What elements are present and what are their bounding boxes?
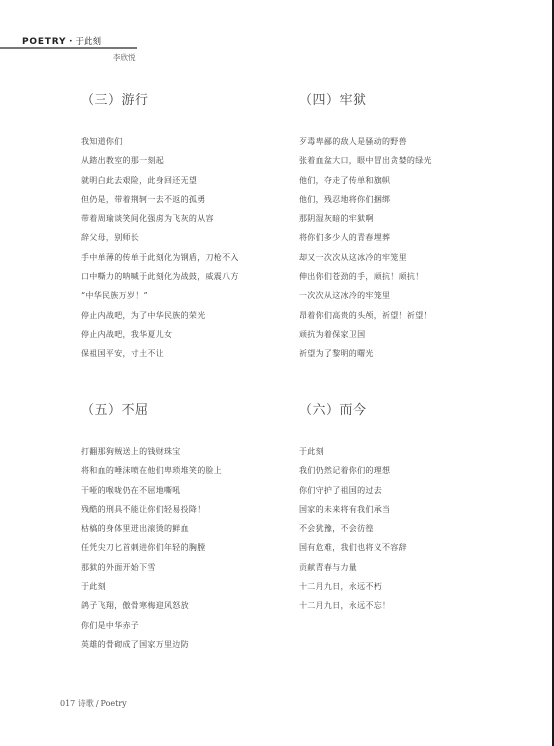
- poem-line: 国家的未来将有我们承当: [299, 500, 499, 519]
- poem-line: 不会犹豫，不会彷徨: [299, 519, 499, 538]
- poem-line: 我知道你们: [81, 132, 281, 151]
- poem-line: 却又一次次从这冰冷的牢笼里: [299, 248, 499, 267]
- poem-line: 一次次从这冰冷的牢笼里: [299, 286, 499, 305]
- poem-line: “中华民族万岁！”: [81, 286, 281, 305]
- poem-line: 手中单薄的传单于此刻化为钢盾，刀枪不入: [81, 248, 281, 267]
- section-heading: （三）游行: [81, 93, 281, 109]
- section-heading: （六）而今: [299, 403, 499, 419]
- poem-line: 他们，夺走了传单和旗帜: [299, 171, 499, 190]
- section-heading: （四）牢狱: [299, 93, 499, 109]
- poem-line: 十二月九日，永远不朽: [299, 577, 499, 596]
- poem-line: 将你们多少人的青春埋葬: [299, 228, 499, 247]
- poem-line: 口中嘶力的呐喊于此刻化为战鼓，威震八方: [81, 267, 281, 286]
- poem-line: 枯槁的身体里迸出滚烫的鲜血: [81, 519, 281, 538]
- poem-line: 辞父母，别师长: [81, 228, 281, 247]
- poem-line: 十二月九日，永远不忘！: [299, 596, 499, 615]
- poem-line: 他们，残忍地将你们捆绑: [299, 190, 499, 209]
- poem-section-5: （五）不屈 打翻那狗贼送上的钱财珠宝 将和血的唾沫喷在他们卑琐堆笑的脸上 干哑的…: [81, 403, 281, 654]
- poem-line: 干哑的喉咙仍在不屈地嘶吼: [81, 481, 281, 500]
- poem-line: 你们是中华赤子: [81, 616, 281, 635]
- section-heading: （五）不屈: [81, 403, 281, 419]
- poem-line: 残酷的刑具不能让你们轻易投降！: [81, 500, 281, 519]
- page-footer: 017 诗歌/Poetry: [60, 698, 127, 709]
- poem-line: 停止内战吧，为了中华民族的荣光: [81, 306, 281, 325]
- poem-lines: 打翻那狗贼送上的钱财珠宝 将和血的唾沫喷在他们卑琐堆笑的脸上 干哑的喉咙仍在不屈…: [81, 442, 281, 654]
- header-title: 于此刻: [75, 37, 101, 47]
- poem-line: 鸽子飞翔，傲骨寒梅迎风怒放: [81, 596, 281, 615]
- poem-section-6: （六）而今 于此刻 我们仍然记着你们的理想 你们守护了祖国的过去 国家的未来将有…: [299, 403, 499, 616]
- poem-line: 顽抗为着保家卫国: [299, 325, 499, 344]
- poem-line: 伸出你们苍劲的手，顽抗！顽抗！: [299, 267, 499, 286]
- poem-line: 歹毒卑鄙的敌人是骚动的野兽: [299, 132, 499, 151]
- header-brand: POETRY: [22, 37, 66, 47]
- poem-line: 就明白此去艰险，此身回还无望: [81, 171, 281, 190]
- poem-section-3: （三）游行 我知道你们 从踏出教室的那一刻起 就明白此去艰险，此身回还无望 但仍…: [81, 93, 281, 364]
- poem-line: 张着血盆大口，眼中冒出贪婪的绿光: [299, 151, 499, 170]
- poem-line: 打翻那狗贼送上的钱财珠宝: [81, 442, 281, 461]
- poem-line: 带着周瑜谈笑间化强虏为飞灰的从容: [81, 209, 281, 228]
- footer-section-cn: 诗歌: [78, 699, 94, 708]
- footer-section-en: Poetry: [101, 699, 127, 708]
- poem-line: 那狱的外面开始下雪: [81, 558, 281, 577]
- poem-line: 将和血的唾沫喷在他们卑琐堆笑的脸上: [81, 461, 281, 480]
- footer-slash: /: [96, 699, 99, 708]
- poem-lines: 于此刻 我们仍然记着你们的理想 你们守护了祖国的过去 国家的未来将有我们承当 不…: [299, 442, 499, 616]
- running-header: POETRY·于此刻: [22, 37, 101, 47]
- poem-line: 停止内战吧，我华夏儿女: [81, 325, 281, 344]
- poem-line: 贡献青春与力量: [299, 558, 499, 577]
- poem-line: 我们仍然记着你们的理想: [299, 461, 499, 480]
- poem-lines: 歹毒卑鄙的敌人是骚动的野兽 张着血盆大口，眼中冒出贪婪的绿光 他们，夺走了传单和…: [299, 132, 499, 364]
- poem-line: 于此刻: [299, 442, 499, 461]
- author-name: 李欣悦: [113, 52, 136, 63]
- poem-line: 保祖国平安，寸土不让: [81, 344, 281, 363]
- poem-line: 你们守护了祖国的过去: [299, 481, 499, 500]
- poem-line: 国有危难，我们也将义不容辞: [299, 538, 499, 557]
- poem-lines: 我知道你们 从踏出教室的那一刻起 就明白此去艰险，此身回还无望 但仍是，带着荆轲…: [81, 132, 281, 364]
- poem-line: 昂着你们高贵的头颅，祈望！祈望！: [299, 306, 499, 325]
- poem-line: 但仍是，带着荆轲一去不返的孤勇: [81, 190, 281, 209]
- page-number: 017: [60, 699, 75, 708]
- poem-line: 那阴湿灰暗的牢狱啊: [299, 209, 499, 228]
- header-separator: ·: [69, 37, 72, 47]
- poem-section-4: （四）牢狱 歹毒卑鄙的敌人是骚动的野兽 张着血盆大口，眼中冒出贪婪的绿光 他们，…: [299, 93, 499, 364]
- poem-line: 于此刻: [81, 577, 281, 596]
- header-rule: [0, 47, 137, 49]
- poem-line: 英雄的骨砌成了国家万里边防: [81, 635, 281, 654]
- poem-line: 从踏出教室的那一刻起: [81, 151, 281, 170]
- poem-line: 任凭尖刀匕首刺进你们年轻的胸膛: [81, 538, 281, 557]
- poem-line: 祈望为了黎明的曙光: [299, 344, 499, 363]
